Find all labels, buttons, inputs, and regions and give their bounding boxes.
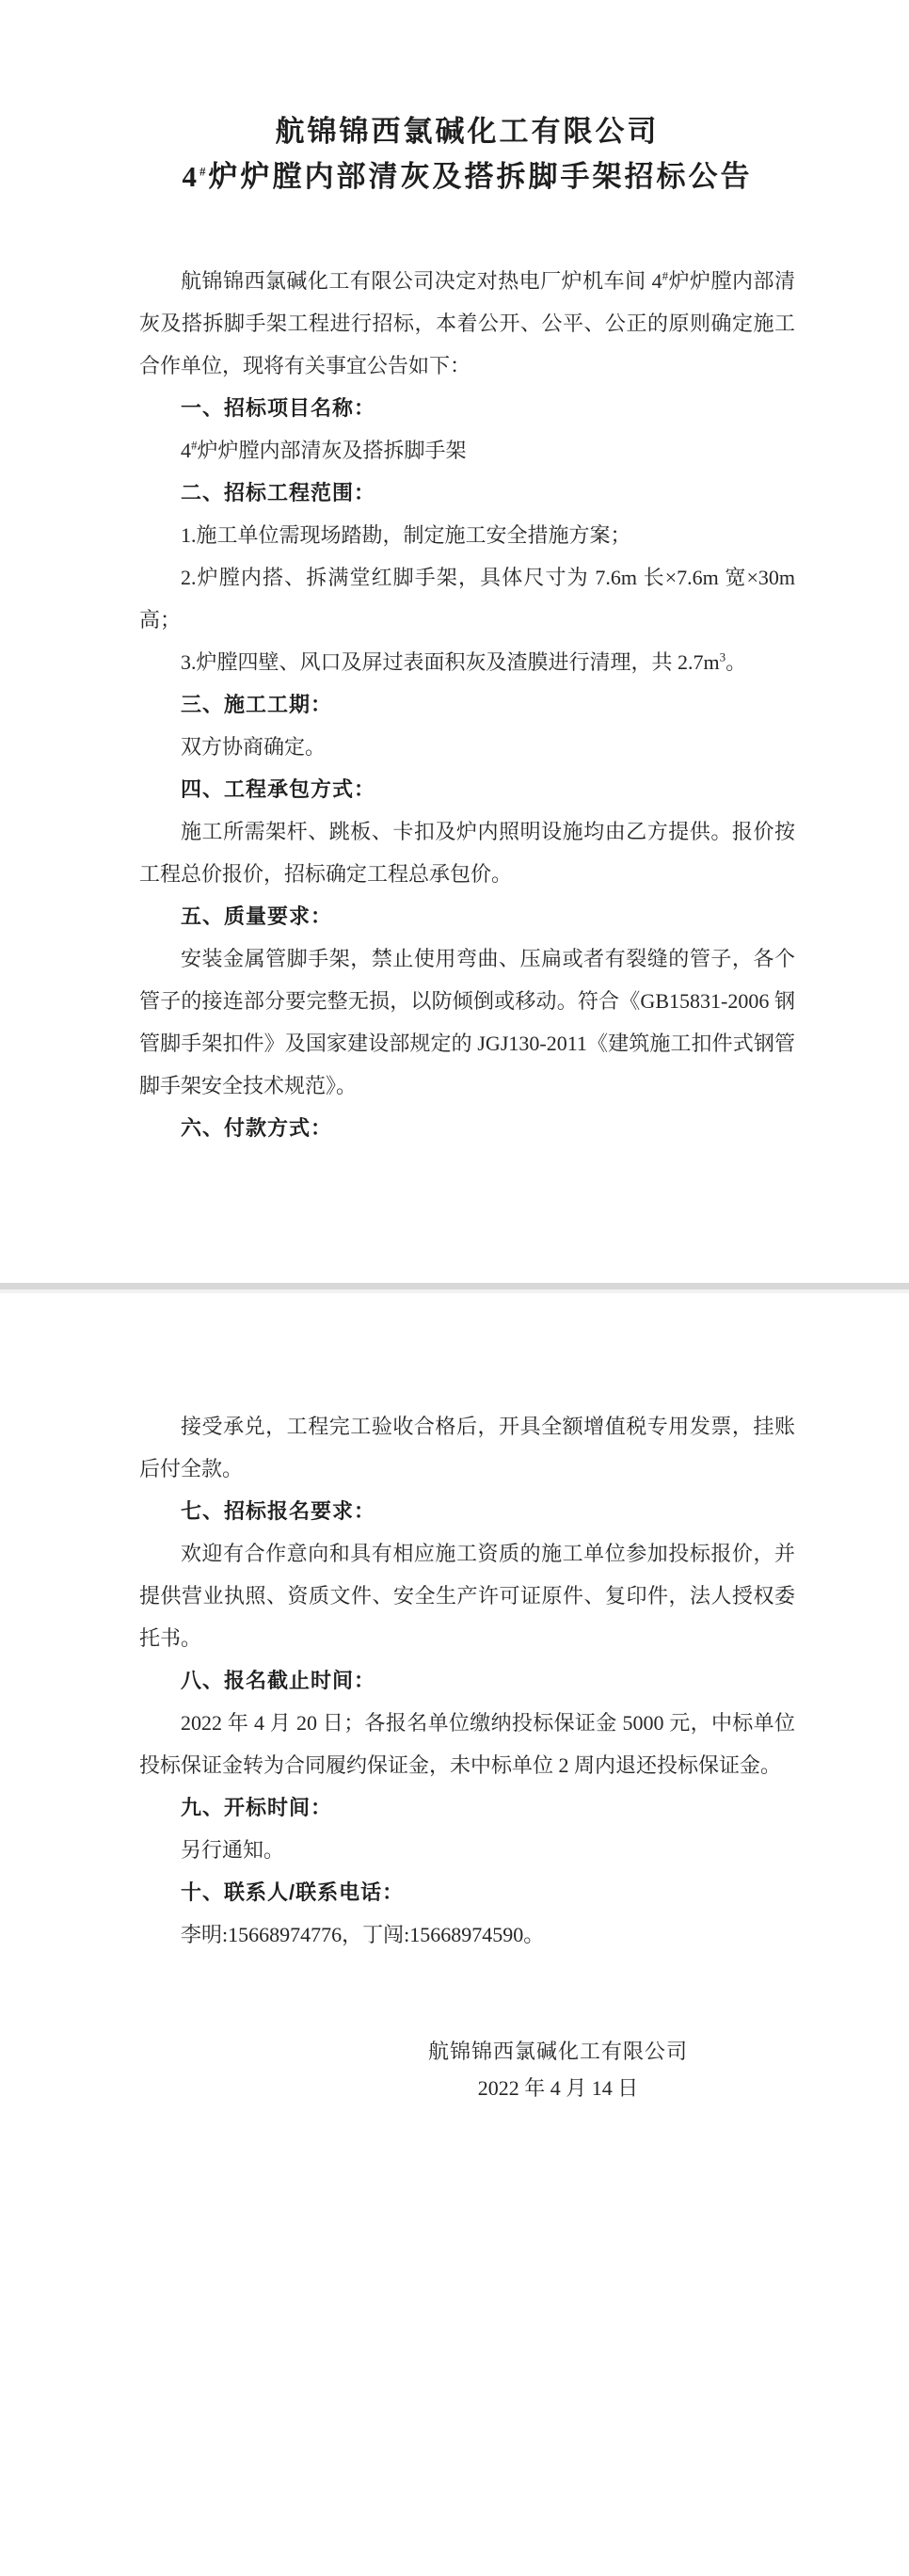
- section-3-body: 双方协商确定。: [139, 726, 795, 768]
- signature-company: 航锦锦西氯碱化工有限公司: [428, 2033, 688, 2070]
- section-2-item-1: 1.施工单位需现场踏勘，制定施工安全措施方案；: [139, 514, 795, 556]
- section-10-body: 李明:15668974776，丁闯:15668974590。: [139, 1913, 795, 1956]
- section-7-heading: 七、招标报名要求：: [139, 1490, 795, 1532]
- section-5-body: 安装金属管脚手架，禁止使用弯曲、压扁或者有裂缝的管子，各个管子的接连部分要完整无…: [139, 937, 795, 1107]
- section-2-item-2: 2.炉膛内搭、拆满堂红脚手架，具体尺寸为 7.6m 长×7.6m 宽×30m 高…: [139, 556, 795, 641]
- section-8-body: 2022 年 4 月 20 日；各报名单位缴纳投标保证金 5000 元，中标单位…: [139, 1702, 795, 1786]
- section-5-heading: 五、质量要求：: [139, 895, 795, 937]
- section-9-body: 另行通知。: [139, 1829, 795, 1871]
- section-2-item-3: 3.炉膛四壁、风口及屏过表面积灰及渣膜进行清理，共 2.7m3。: [139, 641, 795, 683]
- document-page-1: 航锦锦西氯碱化工有限公司 4#炉炉膛内部清灰及搭拆脚手架招标公告 航锦锦西氯碱化…: [0, 0, 909, 1283]
- signature-block: 航锦锦西氯碱化工有限公司 2022 年 4 月 14 日: [428, 2033, 688, 2106]
- section-3-heading: 三、施工工期：: [139, 683, 795, 726]
- signature-date: 2022 年 4 月 14 日: [428, 2070, 688, 2106]
- section-1-body: 4#炉炉膛内部清灰及搭拆脚手架: [139, 429, 795, 472]
- title-subject-line: 4#炉炉膛内部清灰及搭拆脚手架招标公告: [139, 154, 795, 200]
- section-4-body: 施工所需架杆、跳板、卡扣及炉内照明设施均由乙方提供。报价按工程总价报价，招标确定…: [139, 810, 795, 895]
- section-10-heading: 十、联系人/联系电话：: [139, 1871, 795, 1913]
- section-7-body: 欢迎有合作意向和具有相应施工资质的施工单位参加投标报价，并提供营业执照、资质文件…: [139, 1532, 795, 1659]
- section-6-body: 接受承兑，工程完工验收合格后，开具全额增值税专用发票，挂账后付全款。: [139, 1405, 795, 1490]
- page-separator-line: [0, 1283, 909, 1289]
- document-title: 航锦锦西氯碱化工有限公司 4#炉炉膛内部清灰及搭拆脚手架招标公告: [139, 109, 795, 200]
- document-page-2: 接受承兑，工程完工验收合格后，开具全额增值税专用发票，挂账后付全款。 七、招标报…: [0, 1293, 909, 2576]
- section-4-heading: 四、工程承包方式：: [139, 768, 795, 810]
- section-8-heading: 八、报名截止时间：: [139, 1659, 795, 1702]
- intro-paragraph: 航锦锦西氯碱化工有限公司决定对热电厂炉机车间 4#炉炉膛内部清灰及搭拆脚手架工程…: [139, 260, 795, 387]
- section-1-heading: 一、招标项目名称：: [139, 387, 795, 429]
- section-9-heading: 九、开标时间：: [139, 1786, 795, 1829]
- superscript-hash: #: [199, 165, 209, 179]
- page-separator: [0, 1283, 909, 1293]
- section-2-heading: 二、招标工程范围：: [139, 472, 795, 514]
- title-company-line: 航锦锦西氯碱化工有限公司: [139, 109, 795, 154]
- section-6-heading: 六、付款方式：: [139, 1107, 795, 1149]
